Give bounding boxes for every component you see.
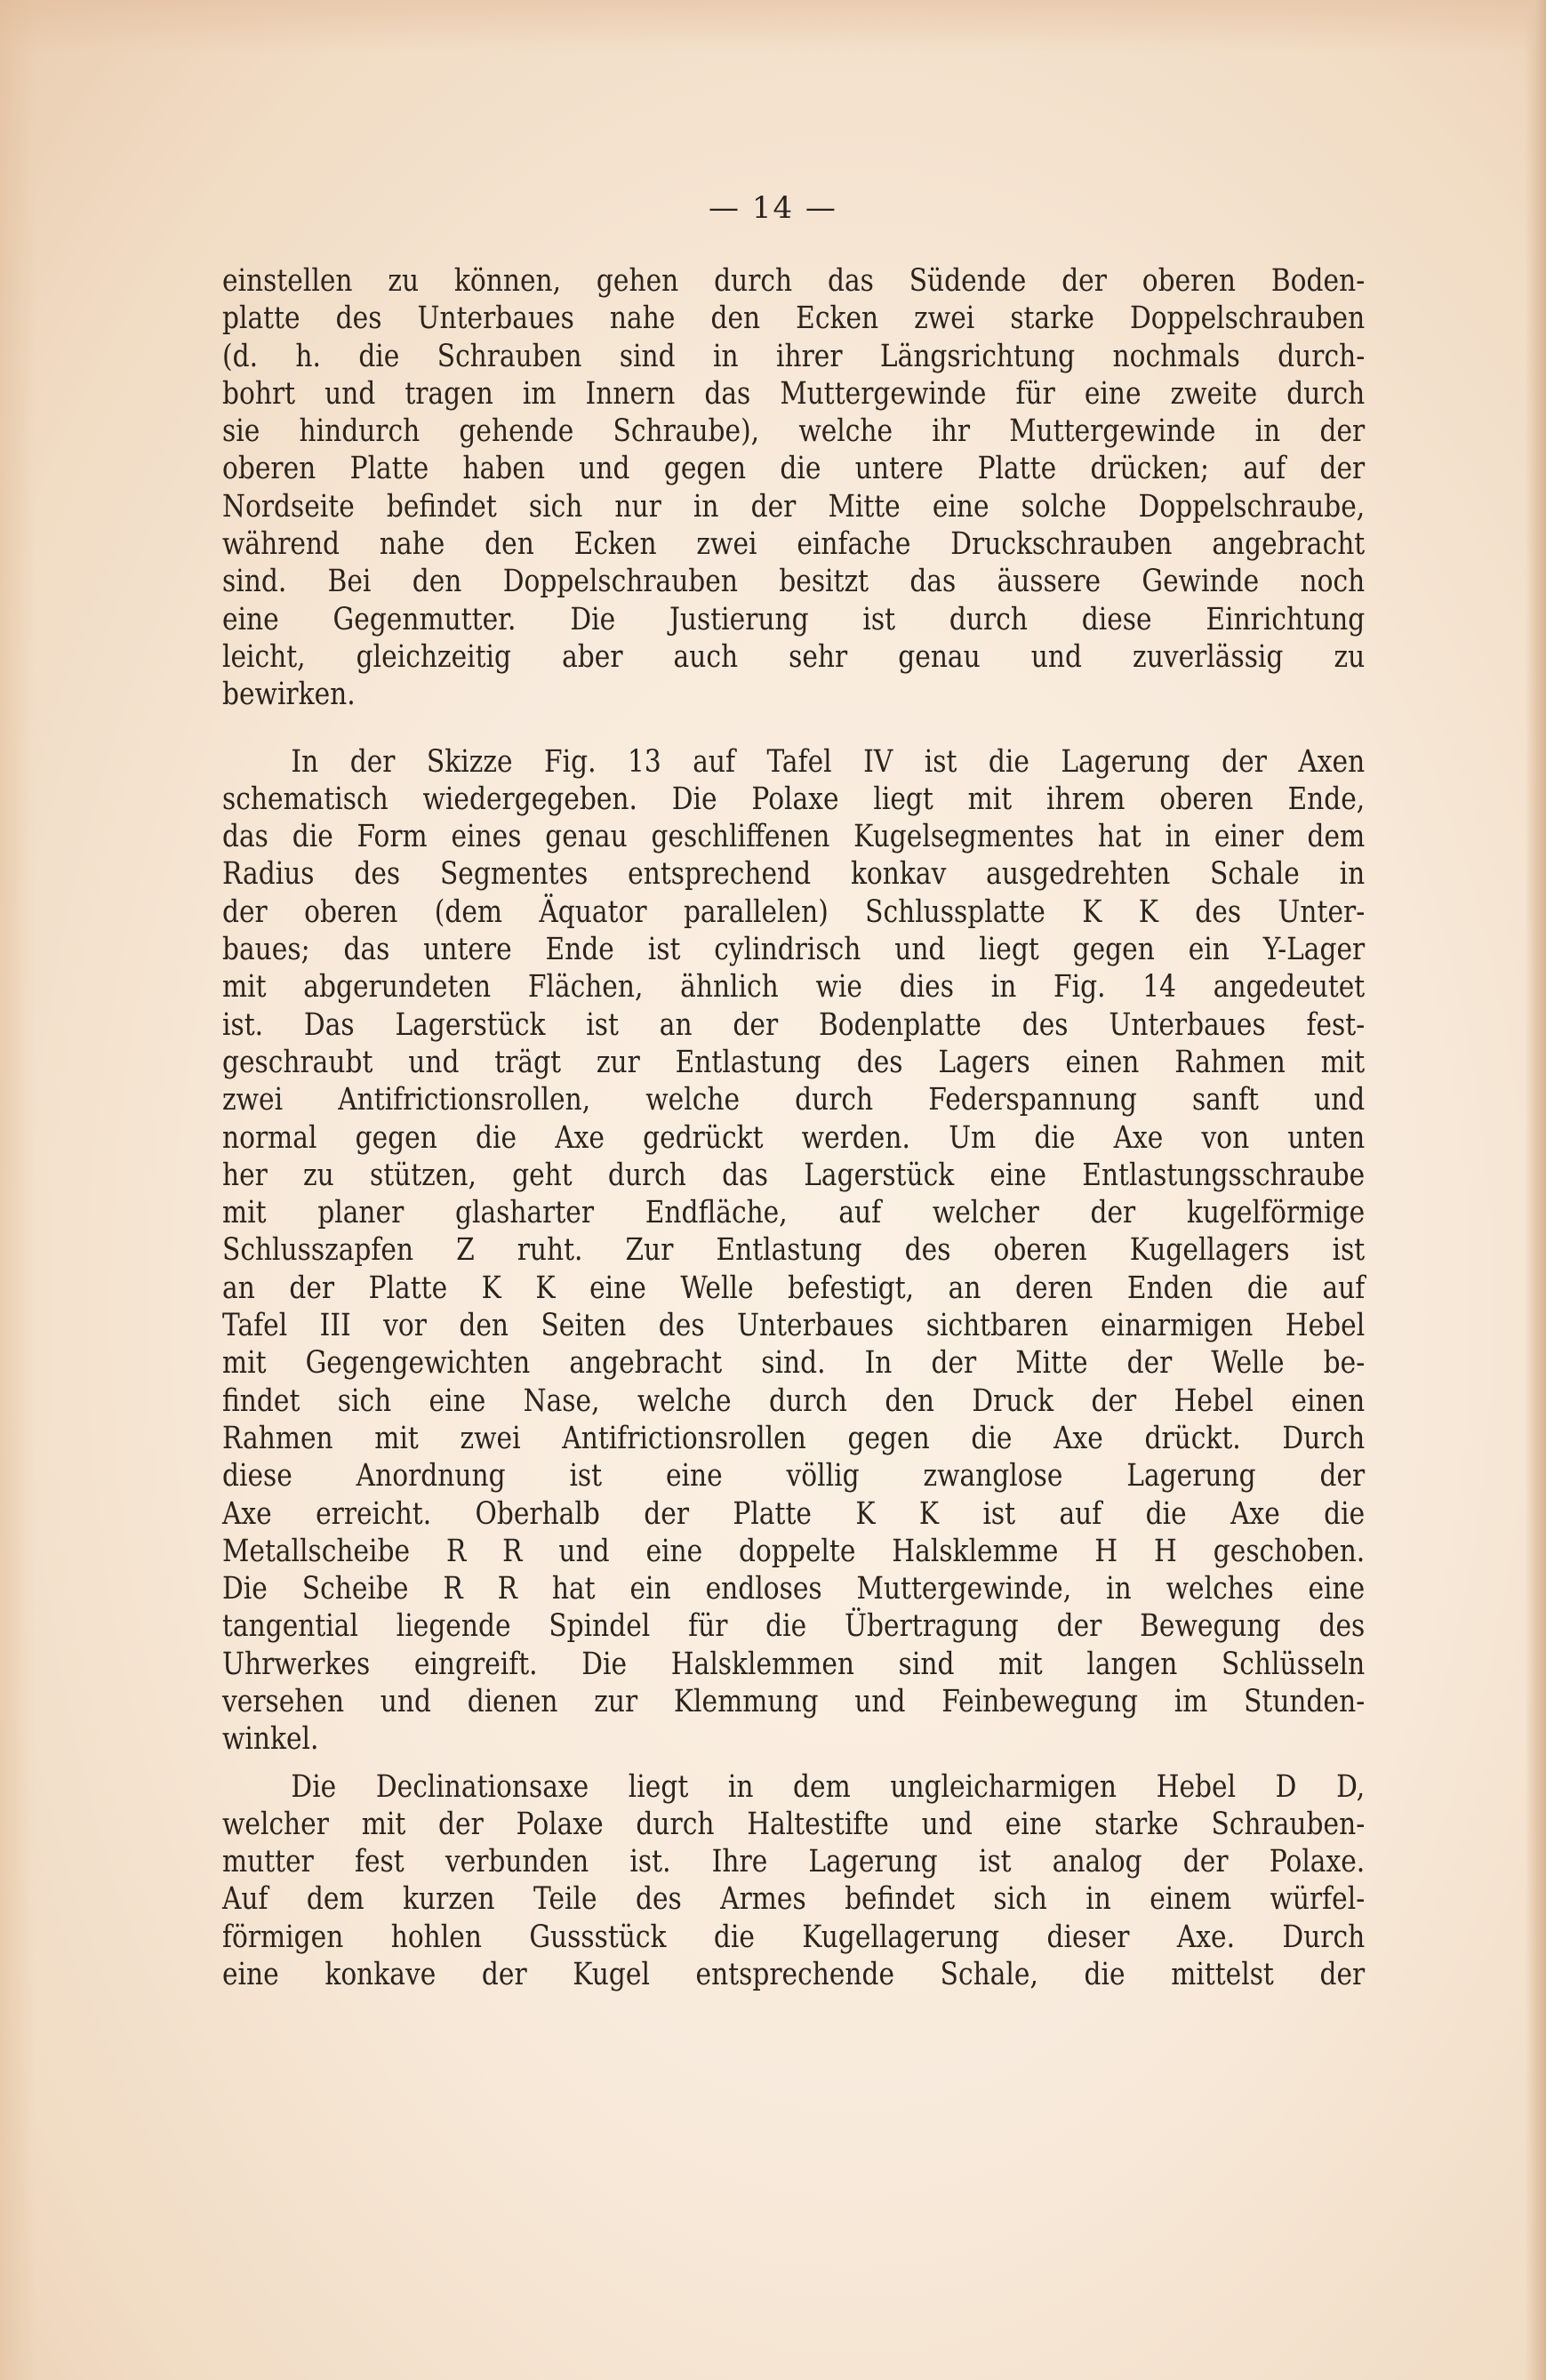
text-line: bewirken. (222, 676, 1365, 713)
text-line: winkel. (222, 1720, 1365, 1758)
text-line: Metallscheibe R R und eine doppelte Hals… (222, 1533, 1365, 1570)
page-number: — 14 — (0, 190, 1546, 226)
text-line: findet sich eine Nase, welche durch den … (222, 1382, 1365, 1420)
text-line: Rahmen mit zwei Antifrictionsrollen gege… (222, 1420, 1365, 1457)
page-right-edge-shadow (1525, 0, 1546, 2380)
text-line: sie hindurch gehende Schraube), welche i… (222, 413, 1365, 450)
text-line: versehen und dienen zur Klemmung und Fei… (222, 1683, 1365, 1720)
text-line: der oberen (dem Äquator parallelen) Schl… (222, 894, 1365, 931)
text-line: Radius des Segmentes entsprechend konkav… (222, 855, 1365, 893)
text-line: sind. Bei den Doppelschrauben besitzt da… (222, 563, 1365, 600)
text-line: eine Gegenmutter. Die Justierung ist dur… (222, 601, 1365, 638)
text-line: Die Scheibe R R hat ein endloses Mutterg… (222, 1570, 1365, 1607)
text-line: an der Platte K K eine Welle befestigt, … (222, 1270, 1365, 1307)
text-line: oberen Platte haben und gegen die untere… (222, 450, 1365, 487)
text-line: welcher mit der Polaxe durch Haltestifte… (222, 1806, 1365, 1843)
paragraph-2: In der Skizze Fig. 13 auf Tafel IV ist d… (222, 743, 1365, 1759)
text-line: normal gegen die Axe gedrückt werden. Um… (222, 1119, 1365, 1157)
text-line: (d. h. die Schrauben sind in ihrer Längs… (222, 338, 1365, 375)
text-line: schematisch wiedergegeben. Die Polaxe li… (222, 781, 1365, 818)
text-line: mit Gegengewichten angebracht sind. In d… (222, 1344, 1365, 1382)
text-line: mutter fest verbunden ist. Ihre Lagerung… (222, 1843, 1365, 1880)
text-line: während nahe den Ecken zwei einfache Dru… (222, 525, 1365, 563)
text-line: bohrt und tragen im Innern das Muttergew… (222, 375, 1365, 413)
book-page: — 14 — einstellen zu können, gehen durch… (0, 0, 1546, 2380)
text-line: ist. Das Lagerstück ist an der Bodenplat… (222, 1006, 1365, 1044)
text-line: diese Anordnung ist eine völlig zwanglos… (222, 1457, 1365, 1495)
text-line: her zu stützen, geht durch das Lagerstüc… (222, 1157, 1365, 1194)
text-line: das die Form eines genau geschliffenen K… (222, 818, 1365, 855)
text-line: eine konkave der Kugel entsprechende Sch… (222, 1956, 1365, 1993)
text-line: Tafel III vor den Seiten des Unterbaues … (222, 1307, 1365, 1344)
paragraph-1: einstellen zu können, gehen durch das Sü… (222, 262, 1365, 714)
text-line: leicht, gleichzeitig aber auch sehr gena… (222, 638, 1365, 676)
body-text: einstellen zu können, gehen durch das Sü… (222, 262, 1365, 1993)
text-line: mit abgerundeten Flächen, ähnlich wie di… (222, 968, 1365, 1006)
text-line: geschraubt und trägt zur Entlastung des … (222, 1044, 1365, 1081)
text-line: Die Declinationsaxe liegt in dem ungleic… (222, 1768, 1365, 1806)
paragraph-3: Die Declinationsaxe liegt in dem ungleic… (222, 1768, 1365, 1994)
text-line: Axe erreicht. Oberhalb der Platte K K is… (222, 1495, 1365, 1533)
text-line: einstellen zu können, gehen durch das Sü… (222, 262, 1365, 300)
text-line: platte des Unterbaues nahe den Ecken zwe… (222, 300, 1365, 337)
text-line: mit planer glasharter Endfläche, auf wel… (222, 1194, 1365, 1231)
text-line: baues; das untere Ende ist cylindrisch u… (222, 931, 1365, 968)
text-line: In der Skizze Fig. 13 auf Tafel IV ist d… (222, 743, 1365, 781)
text-line: Nordseite befindet sich nur in der Mitte… (222, 488, 1365, 525)
text-line: förmigen hohlen Gussstück die Kugellager… (222, 1919, 1365, 1956)
text-line: zwei Antifrictionsrollen, welche durch F… (222, 1081, 1365, 1118)
text-line: Uhrwerkes eingreift. Die Halsklemmen sin… (222, 1646, 1365, 1683)
page-top-discoloration (0, 0, 1546, 53)
text-line: tangential liegende Spindel für die Über… (222, 1607, 1365, 1645)
text-line: Schlusszapfen Z ruht. Zur Entlastung des… (222, 1231, 1365, 1269)
page-left-discoloration (0, 0, 36, 2380)
text-line: Auf dem kurzen Teile des Armes befindet … (222, 1880, 1365, 1918)
